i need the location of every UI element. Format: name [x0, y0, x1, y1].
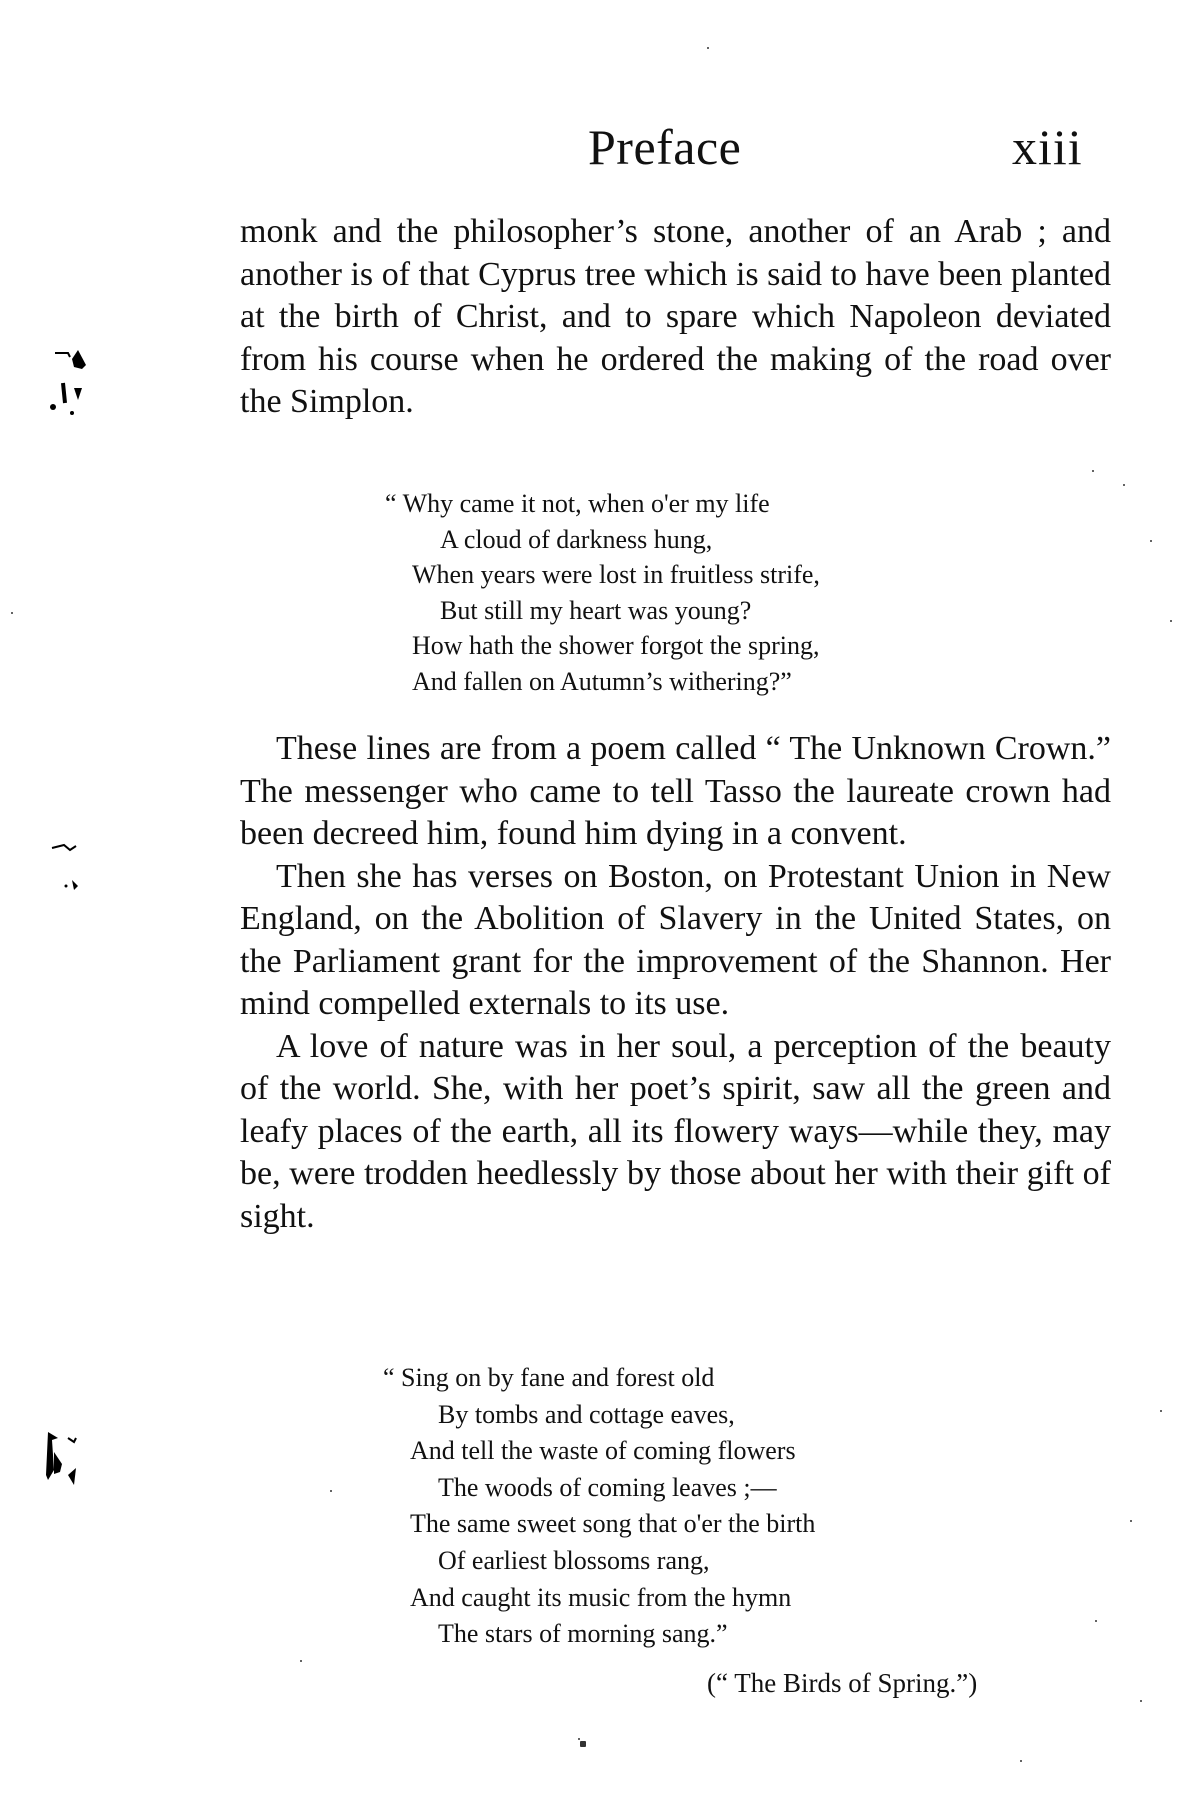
paragraph: These lines are from a poem called “ The…	[240, 728, 1111, 856]
scan-speck	[1123, 484, 1125, 486]
scan-speck	[11, 612, 13, 614]
verse-quotation-birds-of-spring: “ Sing on by fane and forest old By tomb…	[383, 1360, 815, 1653]
scan-speck	[1130, 1520, 1132, 1522]
verse-line: But still my heart was young?	[385, 593, 820, 629]
verse-line: By tombs and cottage eaves,	[383, 1397, 815, 1434]
scan-speck	[578, 1738, 580, 1740]
verse-line: A cloud of darkness hung,	[385, 522, 820, 558]
scan-speck	[1170, 620, 1172, 622]
page-number: xiii	[1012, 118, 1083, 176]
verse-line: “ Sing on by fane and forest old	[383, 1360, 815, 1397]
scan-speck	[1160, 1410, 1162, 1412]
paragraph: A love of nature was in her soul, a perc…	[240, 1026, 1111, 1239]
verse-line: “ Why came it not, when o'er my life	[385, 486, 820, 522]
scan-speck	[580, 1741, 586, 1747]
scan-speck	[1140, 1700, 1142, 1702]
verse-line: How hath the shower forgot the spring,	[385, 628, 820, 664]
running-head: Preface xiii	[0, 118, 1193, 188]
verse-line: And tell the waste of coming flowers	[383, 1433, 815, 1470]
verse-attribution: (“ The Birds of Spring.”)	[707, 1668, 977, 1699]
verse-line: The woods of coming leaves ;—	[383, 1470, 815, 1507]
prose-block-top: monk and the philosopher’s stone, anothe…	[240, 211, 1111, 424]
prose-block-middle: These lines are from a poem called “ The…	[240, 728, 1111, 1238]
verse-line: The same sweet song that o'er the birth	[383, 1506, 815, 1543]
scan-speck	[1150, 540, 1152, 542]
ink-blot-mark	[50, 345, 100, 425]
verse-quotation-unknown-crown: “ Why came it not, when o'er my life A c…	[385, 486, 820, 700]
running-head-title: Preface	[588, 118, 741, 176]
verse-line: Of earliest blossoms rang,	[383, 1543, 815, 1580]
scan-speck	[300, 1660, 302, 1662]
ink-blot-mark	[40, 1430, 100, 1510]
scan-speck	[1020, 1760, 1022, 1762]
verse-line: And caught its music from the hymn	[383, 1580, 815, 1617]
ink-speck-mark	[50, 840, 90, 900]
scan-speck	[1092, 470, 1094, 472]
scan-speck	[707, 47, 709, 49]
paragraph: monk and the philosopher’s stone, anothe…	[240, 211, 1111, 424]
paragraph: Then she has verses on Boston, on Protes…	[240, 856, 1111, 1026]
scan-speck	[1095, 1620, 1097, 1622]
verse-line: And fallen on Autumn’s withering?”	[385, 664, 820, 700]
verse-line: When years were lost in fruitless strife…	[385, 557, 820, 593]
scan-speck	[330, 1490, 332, 1492]
book-page: Preface xiii monk and the philosopher’s …	[0, 0, 1193, 1806]
verse-line: The stars of morning sang.”	[383, 1616, 815, 1653]
